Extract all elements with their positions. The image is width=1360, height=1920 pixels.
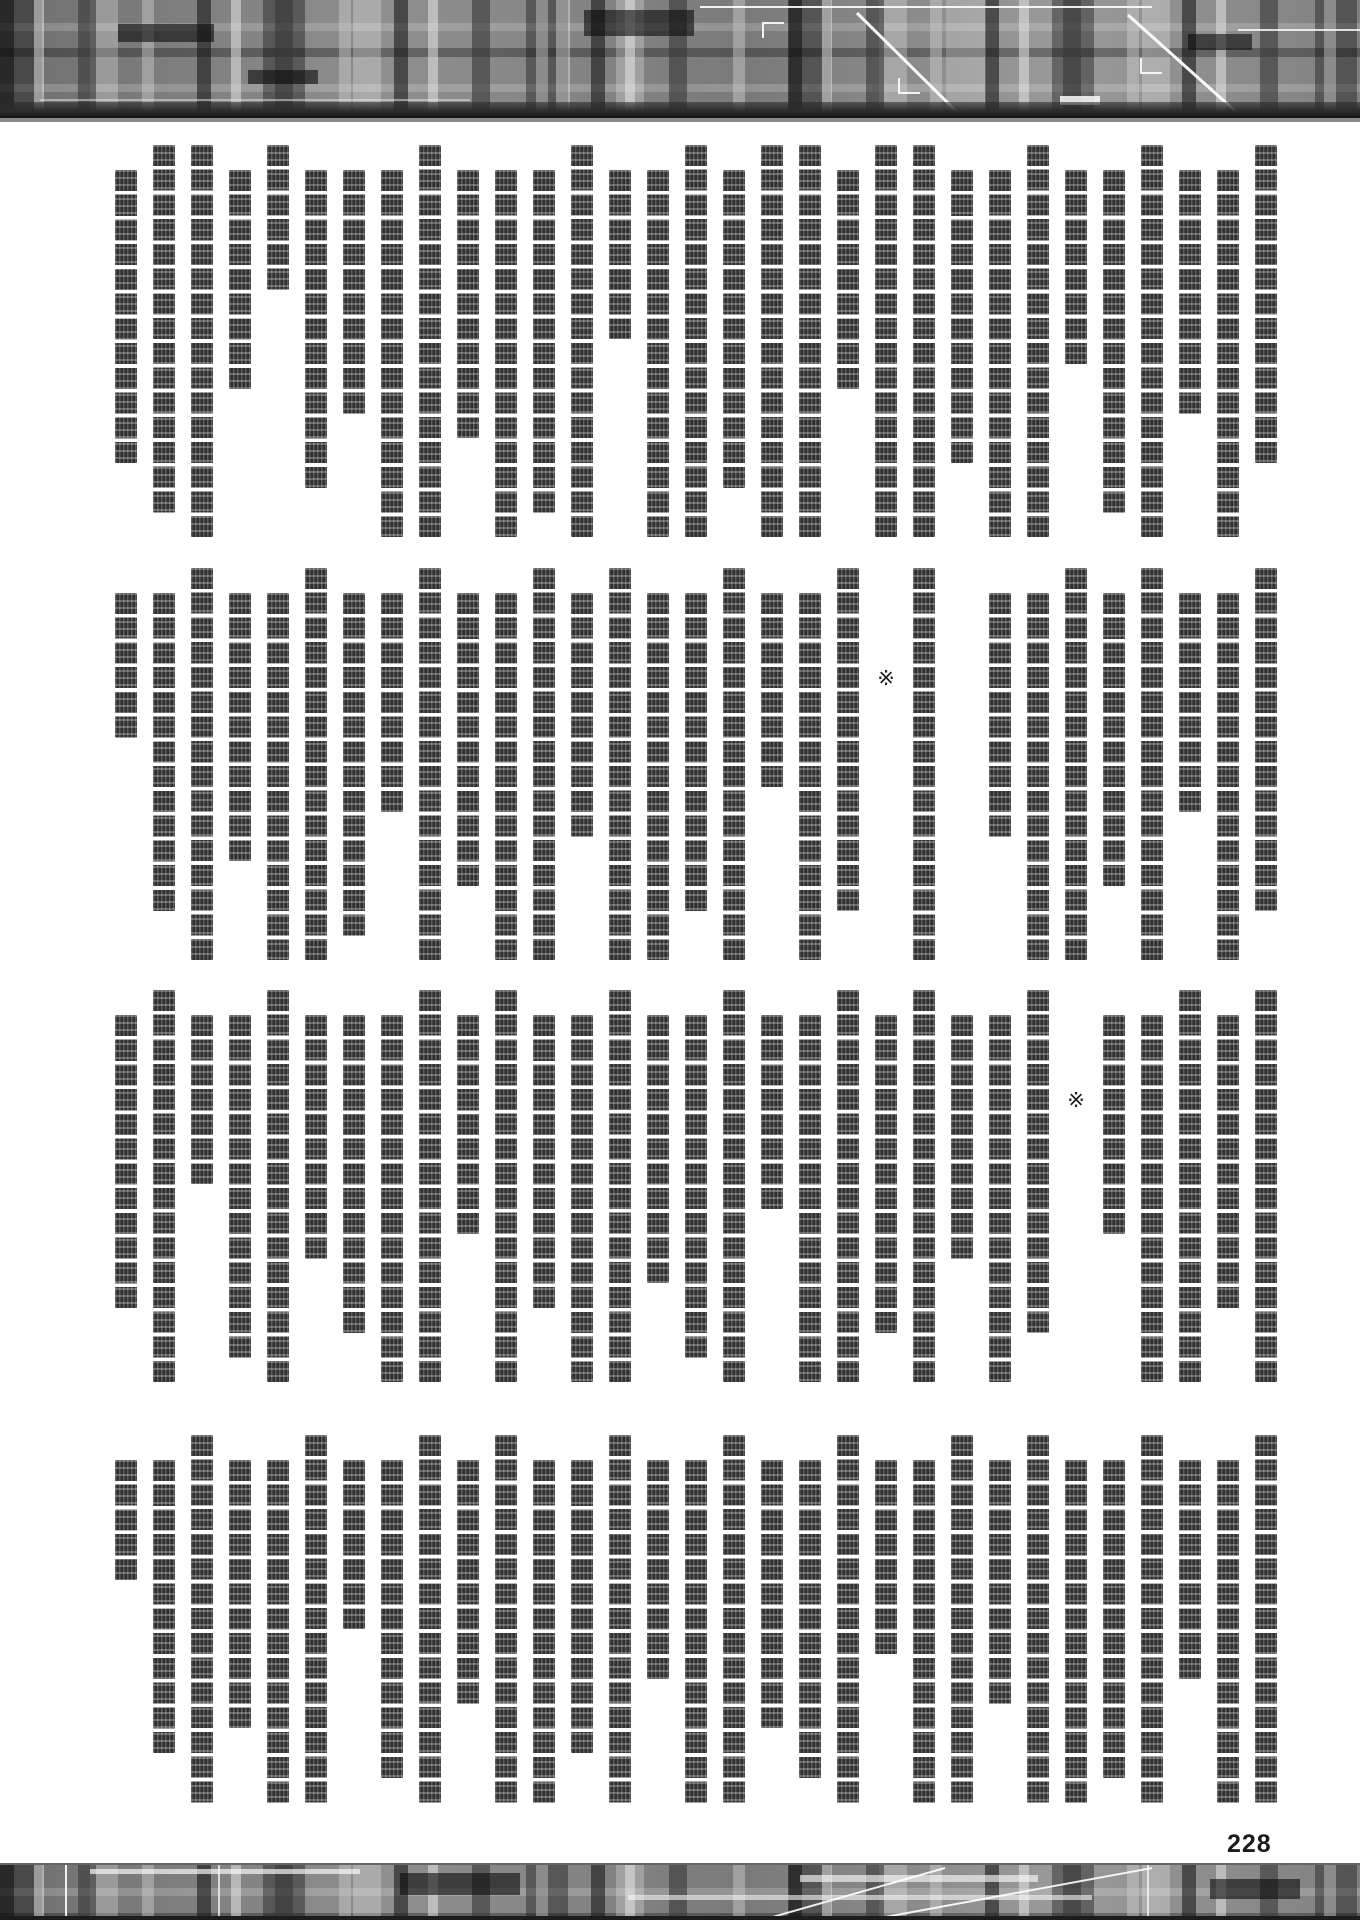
redacted-text-column — [685, 1015, 707, 1358]
redacted-text-column — [495, 990, 517, 1382]
redacted-text-column — [837, 1435, 859, 1803]
redacted-text-column — [267, 593, 289, 961]
redacted-text-column — [381, 170, 403, 538]
redacted-text-column — [457, 1015, 479, 1234]
redacted-text-column — [115, 593, 137, 738]
redacted-text-column — [1027, 1435, 1049, 1803]
redacted-text-column — [989, 1015, 1011, 1383]
redacted-text-column — [343, 593, 365, 936]
redacted-text-column — [419, 1435, 441, 1803]
redacted-text-column — [153, 1460, 175, 1753]
redacted-text-column — [723, 568, 745, 960]
header-glitch-banner — [0, 0, 1360, 122]
redacted-text-column — [1179, 990, 1201, 1382]
redacted-text-column — [381, 1460, 403, 1778]
redacted-text-column — [761, 1460, 783, 1729]
redacted-text-column — [191, 145, 213, 537]
redacted-text-column — [305, 1015, 327, 1259]
redacted-text-column — [1179, 593, 1201, 812]
redacted-text-column — [761, 593, 783, 787]
redacted-text-column — [1217, 593, 1239, 961]
redacted-text-column — [1027, 145, 1049, 537]
redacted-text-column — [495, 1435, 517, 1803]
redacted-text-column — [457, 170, 479, 439]
redacted-text-column — [571, 593, 593, 837]
redacted-text-column — [115, 170, 137, 463]
redacted-text-column — [1103, 1460, 1125, 1778]
redacted-text-column — [723, 990, 745, 1382]
redacted-text-column — [533, 170, 555, 513]
redacted-text-column — [571, 1460, 593, 1753]
redacted-text-column — [875, 1460, 897, 1654]
redacted-text-column — [1255, 1435, 1277, 1803]
redacted-text-column — [1103, 593, 1125, 886]
redacted-text-column — [685, 145, 707, 537]
redacted-text-column — [495, 170, 517, 538]
redacted-text-column — [609, 990, 631, 1382]
redacted-text-column — [1179, 170, 1201, 414]
redacted-text-column — [1027, 593, 1049, 961]
text-band — [83, 1435, 1277, 1815]
redacted-text-column — [647, 1015, 669, 1284]
redacted-text-column — [609, 170, 631, 340]
page-number: 228 — [1227, 1830, 1272, 1859]
redacted-text-column — [343, 1015, 365, 1333]
redacted-text-column — [723, 170, 745, 488]
redacted-text-column — [1255, 568, 1277, 911]
redacted-text-column — [229, 593, 251, 862]
redacted-text-column — [1103, 1015, 1125, 1234]
redacted-text-column — [1217, 1460, 1239, 1803]
redacted-text-column — [229, 1460, 251, 1729]
redacted-text-column — [533, 1460, 555, 1803]
redacted-text-column — [419, 568, 441, 960]
redacted-text-column — [913, 568, 935, 960]
redacted-text-column — [951, 170, 973, 463]
text-band — [83, 145, 1277, 541]
redacted-text-column — [799, 145, 821, 537]
redacted-text-column — [343, 170, 365, 414]
redacted-text-column — [153, 593, 175, 911]
redacted-text-column — [837, 568, 859, 911]
redacted-text-column — [609, 568, 631, 960]
redacted-text-column — [305, 1435, 327, 1803]
redacted-text-column — [191, 1435, 213, 1803]
section-divider-mark: ※ — [875, 568, 897, 964]
redacted-text-column — [457, 1460, 479, 1704]
redacted-text-column — [229, 1015, 251, 1358]
redacted-text-column — [267, 145, 289, 290]
redacted-text-column — [951, 1015, 973, 1259]
redacted-text-column — [267, 990, 289, 1382]
text-band: ※ — [83, 568, 1277, 964]
redacted-text-column — [343, 1460, 365, 1630]
redacted-text-column — [913, 145, 935, 537]
redacted-text-column — [153, 990, 175, 1382]
glitch-lines — [0, 0, 1360, 118]
redacted-text-column — [1179, 1460, 1201, 1679]
footer-glitch-banner — [0, 1863, 1360, 1920]
redacted-text-column — [1103, 170, 1125, 513]
redacted-text-column — [723, 1435, 745, 1803]
redacted-text-column — [989, 593, 1011, 837]
redacted-text-column — [685, 593, 707, 911]
redacted-text-column — [1217, 170, 1239, 538]
redacted-text-column — [533, 568, 555, 960]
blank-column — [951, 568, 973, 964]
redacted-text-column — [647, 1460, 669, 1679]
section-divider-mark: ※ — [1065, 990, 1087, 1386]
redacted-text-column — [267, 1460, 289, 1803]
redacted-text-column — [191, 568, 213, 960]
redacted-text-column — [1255, 990, 1277, 1382]
redacted-text-column — [115, 1015, 137, 1308]
redacted-text-column — [799, 1015, 821, 1383]
redacted-text-column — [875, 145, 897, 537]
redacted-text-column — [609, 1435, 631, 1803]
redacted-text-column — [875, 1015, 897, 1333]
redacted-text-column — [419, 145, 441, 537]
redacted-text-column — [191, 1015, 213, 1185]
redacted-text-column — [1141, 1015, 1163, 1383]
redacted-text-column — [761, 145, 783, 537]
redacted-text-column — [1027, 990, 1049, 1333]
glitch-lines — [0, 1865, 1360, 1920]
redacted-text-column — [837, 170, 859, 389]
redacted-text-column — [647, 170, 669, 538]
redacted-text-column — [1065, 568, 1087, 960]
redacted-text-column — [989, 170, 1011, 538]
redacted-text-column — [989, 1460, 1011, 1704]
redacted-text-column — [1065, 170, 1087, 364]
redacted-text-column — [229, 170, 251, 389]
redacted-text-column — [571, 1015, 593, 1383]
redacted-text-column — [799, 1460, 821, 1778]
redacted-text-column — [305, 170, 327, 488]
redacted-text-column — [913, 1460, 935, 1803]
redacted-text-column — [457, 593, 479, 886]
redacted-text-column — [951, 1435, 973, 1803]
redacted-text-column — [115, 1460, 137, 1580]
redacted-text-column — [153, 145, 175, 513]
redacted-text-column — [381, 1015, 403, 1383]
redacted-text-column — [419, 990, 441, 1382]
text-band: ※ — [83, 990, 1277, 1386]
redacted-text-column — [1255, 145, 1277, 463]
redacted-text-column — [1141, 1435, 1163, 1803]
redacted-text-column — [837, 990, 859, 1382]
scanned-novel-page: ※※ 228 — [0, 0, 1360, 1920]
redacted-text-column — [1065, 1460, 1087, 1803]
redacted-text-column — [571, 145, 593, 537]
redacted-text-column — [685, 1460, 707, 1803]
redacted-text-column — [913, 990, 935, 1382]
redacted-text-column — [533, 1015, 555, 1308]
redacted-text-column — [1141, 568, 1163, 960]
redacted-text-column — [647, 593, 669, 961]
redacted-text-column — [305, 568, 327, 960]
redacted-text-column — [1141, 145, 1163, 537]
redacted-text-column — [799, 593, 821, 961]
redacted-text-column — [381, 593, 403, 812]
redacted-text-column — [761, 1015, 783, 1209]
redacted-text-column — [1217, 1015, 1239, 1308]
redacted-text-column — [495, 593, 517, 961]
